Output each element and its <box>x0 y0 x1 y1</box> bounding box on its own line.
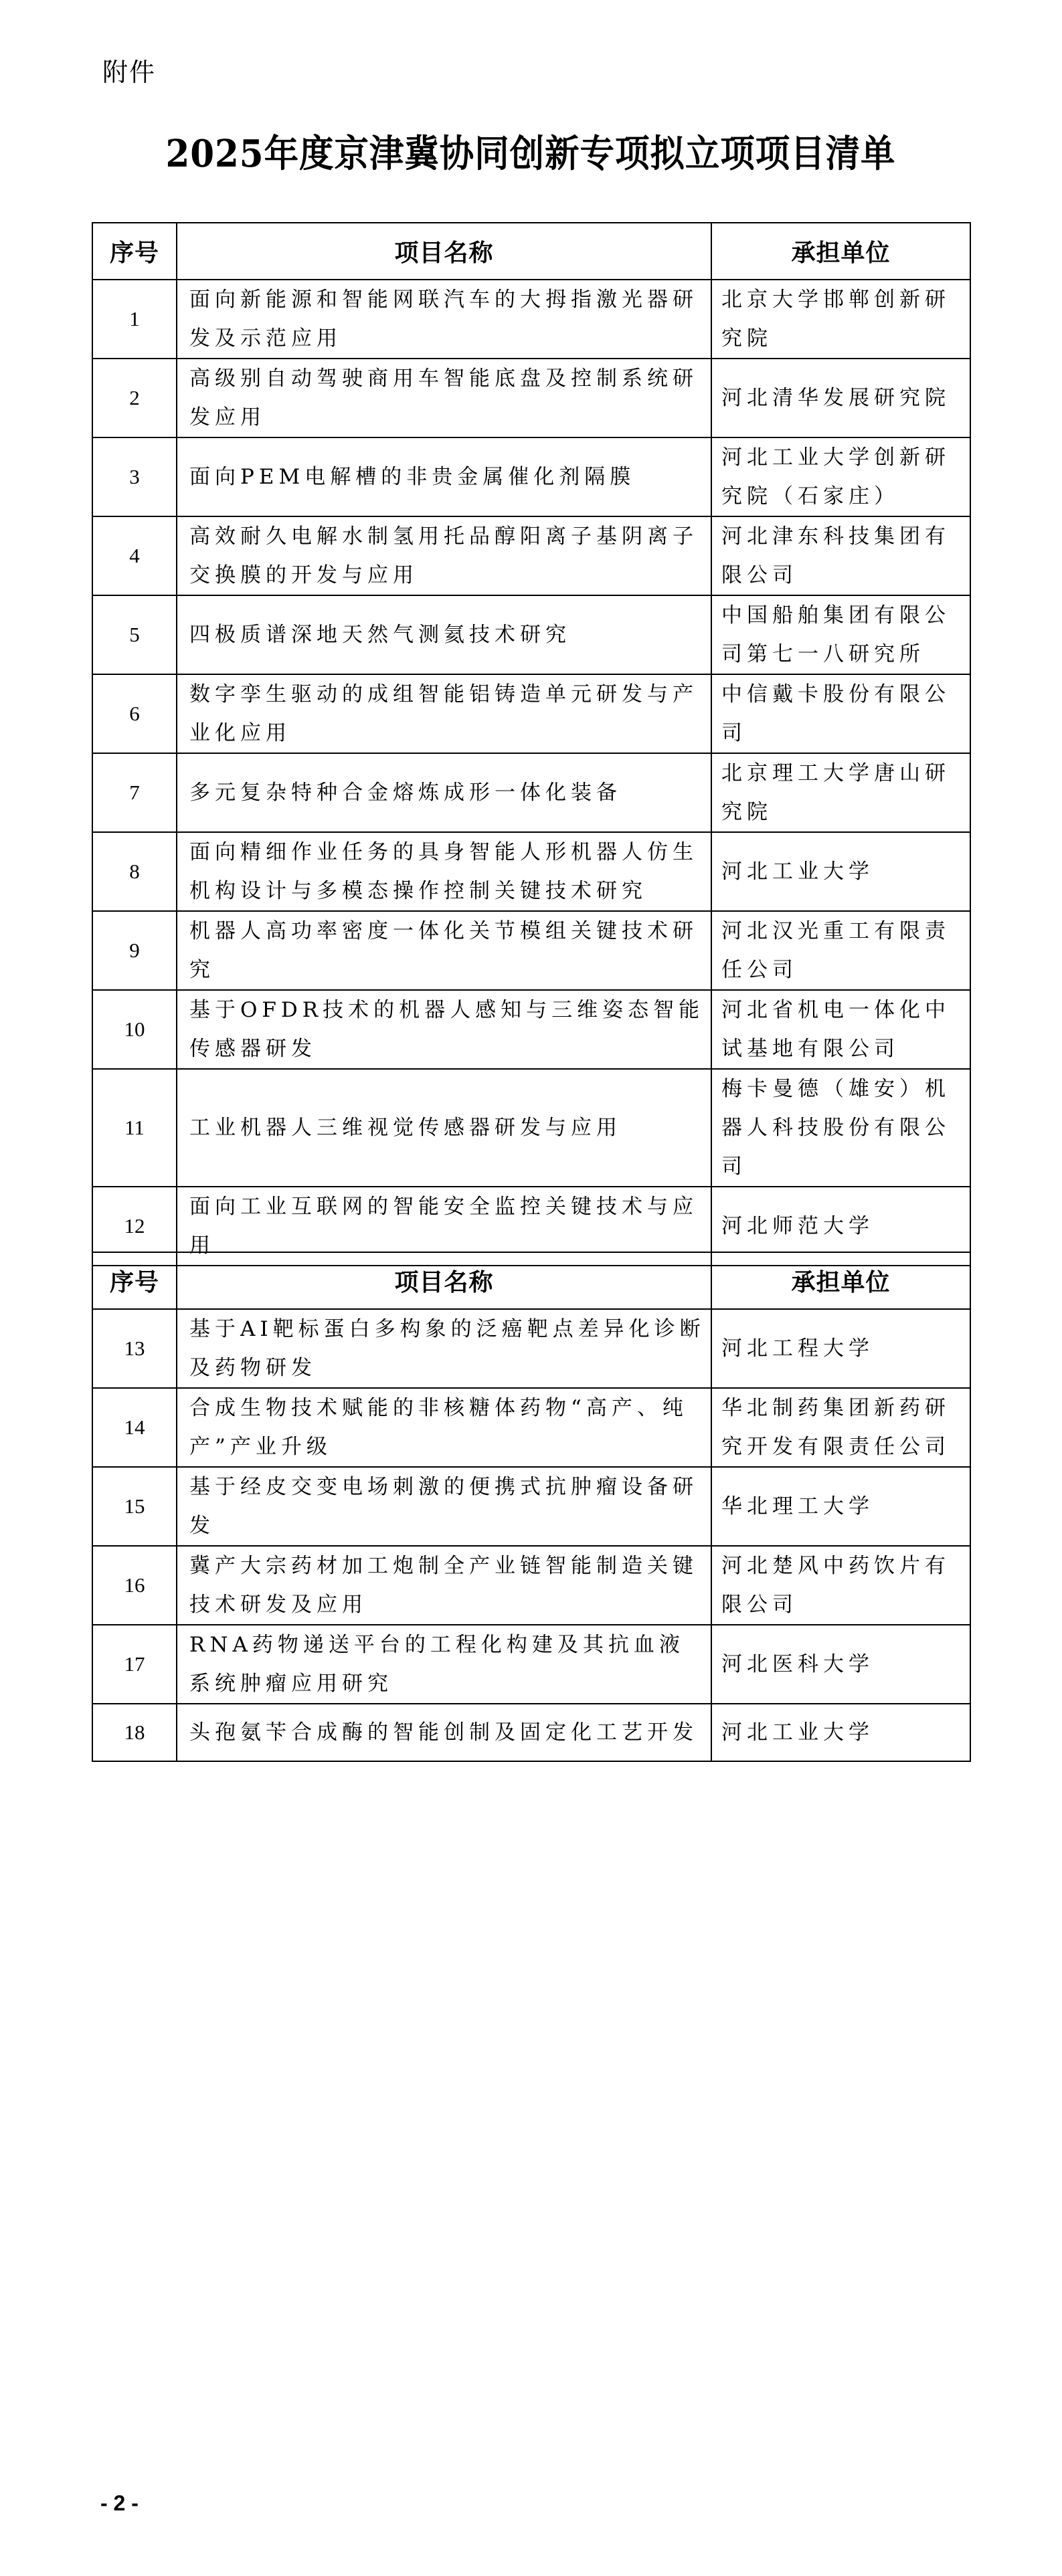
row-no: 15 <box>92 1467 177 1546</box>
table-row: 13 基于AI靶标蛋白多构象的泛癌靶点差异化诊断及药物研发 河北工程大学 <box>92 1309 970 1388</box>
row-unit: 河北工业大学 <box>711 1704 970 1761</box>
row-unit: 河北津东科技集团有限公司 <box>711 516 970 595</box>
header-project-name: 项目名称 <box>177 1252 711 1309</box>
table-header-row: 序号 项目名称 承担单位 <box>92 1252 970 1309</box>
table-row: 17 RNA药物递送平台的工程化构建及其抗血液系统肿瘤应用研究 河北医科大学 <box>92 1625 970 1704</box>
table-row: 8 面向精细作业任务的具身智能人形机器人仿生机构设计与多模态操作控制关键技术研究… <box>92 832 970 911</box>
project-table-part-1: 序号 项目名称 承担单位 1 面向新能源和智能网联汽车的大拇指激光器研发及示范应… <box>92 222 971 1266</box>
table-row: 18 头孢氨苄合成酶的智能创制及固定化工艺开发 河北工业大学 <box>92 1704 970 1761</box>
table-row: 11 工业机器人三维视觉传感器研发与应用 梅卡曼德（雄安）机器人科技股份有限公司 <box>92 1069 970 1187</box>
row-unit: 河北汉光重工有限责任公司 <box>711 911 970 990</box>
table-row: 14 合成生物技术赋能的非核糖体药物“高产、纯产”产业升级 华北制药集团新药研究… <box>92 1388 970 1467</box>
row-project-name: 面向PEM电解槽的非贵金属催化剂隔膜 <box>177 437 711 516</box>
row-project-name: 冀产大宗药材加工炮制全产业链智能制造关键技术研发及应用 <box>177 1546 711 1625</box>
row-project-name: 多元复杂特种合金熔炼成形一体化装备 <box>177 753 711 832</box>
row-project-name: 机器人高功率密度一体化关节模组关键技术研究 <box>177 911 711 990</box>
row-no: 10 <box>92 990 177 1069</box>
row-project-name: 头孢氨苄合成酶的智能创制及固定化工艺开发 <box>177 1704 711 1761</box>
row-no: 17 <box>92 1625 177 1704</box>
row-unit: 河北楚风中药饮片有限公司 <box>711 1546 970 1625</box>
table-row: 5 四极质谱深地天然气测氦技术研究 中国船舶集团有限公司第七一八研究所 <box>92 595 970 674</box>
table-row: 16 冀产大宗药材加工炮制全产业链智能制造关键技术研发及应用 河北楚风中药饮片有… <box>92 1546 970 1625</box>
table-row: 4 高效耐久电解水制氢用托品醇阳离子基阴离子交换膜的开发与应用 河北津东科技集团… <box>92 516 970 595</box>
table-row: 2 高级别自动驾驶商用车智能底盘及控制系统研发应用 河北清华发展研究院 <box>92 359 970 437</box>
row-no: 18 <box>92 1704 177 1761</box>
row-unit: 河北工业大学创新研究院（石家庄） <box>711 437 970 516</box>
project-table-part-2: 序号 项目名称 承担单位 13 基于AI靶标蛋白多构象的泛癌靶点差异化诊断及药物… <box>92 1252 971 1762</box>
table-row: 15 基于经皮交变电场刺激的便携式抗肿瘤设备研发 华北理工大学 <box>92 1467 970 1546</box>
row-no: 8 <box>92 832 177 911</box>
row-project-name: 高级别自动驾驶商用车智能底盘及控制系统研发应用 <box>177 359 711 437</box>
row-project-name: 四极质谱深地天然气测氦技术研究 <box>177 595 711 674</box>
row-unit: 北京大学邯郸创新研究院 <box>711 280 970 359</box>
table-row: 9 机器人高功率密度一体化关节模组关键技术研究 河北汉光重工有限责任公司 <box>92 911 970 990</box>
row-no: 6 <box>92 674 177 753</box>
row-no: 4 <box>92 516 177 595</box>
row-project-name: 合成生物技术赋能的非核糖体药物“高产、纯产”产业升级 <box>177 1388 711 1467</box>
row-unit: 河北工业大学 <box>711 832 970 911</box>
row-unit: 北京理工大学唐山研究院 <box>711 753 970 832</box>
row-unit: 河北工程大学 <box>711 1309 970 1388</box>
row-project-name: RNA药物递送平台的工程化构建及其抗血液系统肿瘤应用研究 <box>177 1625 711 1704</box>
row-unit: 华北制药集团新药研究开发有限责任公司 <box>711 1388 970 1467</box>
table-row: 6 数字孪生驱动的成组智能铝铸造单元研发与产业化应用 中信戴卡股份有限公司 <box>92 674 970 753</box>
header-no: 序号 <box>92 223 177 280</box>
row-project-name: 基于AI靶标蛋白多构象的泛癌靶点差异化诊断及药物研发 <box>177 1309 711 1388</box>
row-project-name: 基于OFDR技术的机器人感知与三维姿态智能传感器研发 <box>177 990 711 1069</box>
row-project-name: 工业机器人三维视觉传感器研发与应用 <box>177 1069 711 1187</box>
row-unit: 中国船舶集团有限公司第七一八研究所 <box>711 595 970 674</box>
row-no: 2 <box>92 359 177 437</box>
row-no: 3 <box>92 437 177 516</box>
row-unit: 中信戴卡股份有限公司 <box>711 674 970 753</box>
row-no: 11 <box>92 1069 177 1187</box>
row-project-name: 数字孪生驱动的成组智能铝铸造单元研发与产业化应用 <box>177 674 711 753</box>
row-project-name: 面向新能源和智能网联汽车的大拇指激光器研发及示范应用 <box>177 280 711 359</box>
row-no: 13 <box>92 1309 177 1388</box>
row-no: 5 <box>92 595 177 674</box>
table-row: 1 面向新能源和智能网联汽车的大拇指激光器研发及示范应用 北京大学邯郸创新研究院 <box>92 280 970 359</box>
row-project-name: 基于经皮交变电场刺激的便携式抗肿瘤设备研发 <box>177 1467 711 1546</box>
table-row: 7 多元复杂特种合金熔炼成形一体化装备 北京理工大学唐山研究院 <box>92 753 970 832</box>
page-title: 2025年度京津冀协同创新专项拟立项项目清单 <box>126 127 934 181</box>
row-unit: 梅卡曼德（雄安）机器人科技股份有限公司 <box>711 1069 970 1187</box>
row-unit: 河北清华发展研究院 <box>711 359 970 437</box>
row-unit: 河北医科大学 <box>711 1625 970 1704</box>
table-row: 3 面向PEM电解槽的非贵金属催化剂隔膜 河北工业大学创新研究院（石家庄） <box>92 437 970 516</box>
page-number: - 2 - <box>100 2490 139 2516</box>
table-header-row: 序号 项目名称 承担单位 <box>92 223 970 280</box>
header-no: 序号 <box>92 1252 177 1309</box>
row-project-name: 面向精细作业任务的具身智能人形机器人仿生机构设计与多模态操作控制关键技术研究 <box>177 832 711 911</box>
attachment-label: 附件 <box>102 56 156 88</box>
header-project-name: 项目名称 <box>177 223 711 280</box>
row-unit: 华北理工大学 <box>711 1467 970 1546</box>
header-unit: 承担单位 <box>711 1252 970 1309</box>
row-project-name: 高效耐久电解水制氢用托品醇阳离子基阴离子交换膜的开发与应用 <box>177 516 711 595</box>
row-no: 1 <box>92 280 177 359</box>
row-no: 16 <box>92 1546 177 1625</box>
header-unit: 承担单位 <box>711 223 970 280</box>
row-unit: 河北省机电一体化中试基地有限公司 <box>711 990 970 1069</box>
row-no: 9 <box>92 911 177 990</box>
table-row: 10 基于OFDR技术的机器人感知与三维姿态智能传感器研发 河北省机电一体化中试… <box>92 990 970 1069</box>
row-no: 7 <box>92 753 177 832</box>
row-no: 14 <box>92 1388 177 1467</box>
